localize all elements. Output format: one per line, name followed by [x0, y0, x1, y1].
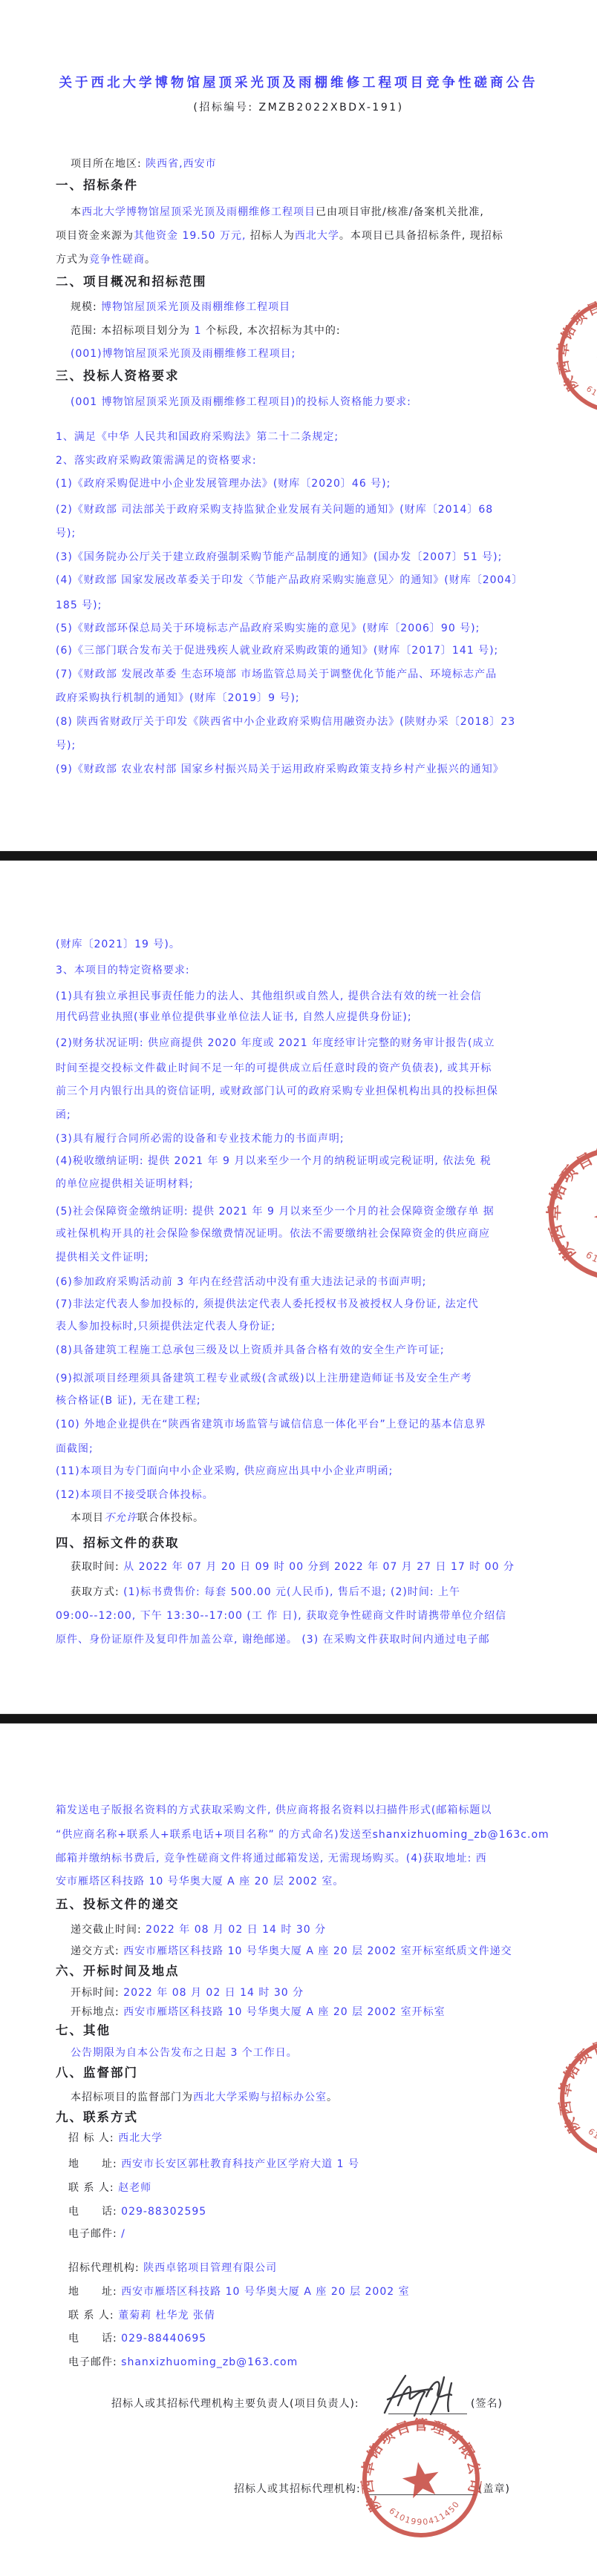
doc-line: 185 号); [56, 599, 102, 612]
text-segment: 西北大学博物馆屋顶采光顶及雨棚维修工程项目 [82, 206, 316, 218]
doc-line: (4)税收缴纳证明: 提供 2021 年 9 月以来至少一个月的纳税证明或完税证… [56, 1154, 492, 1168]
text-segment: 2、落实政府采购政策需满足的资格要求: [56, 455, 257, 467]
svg-text:陕西卓铭项目管理有限公司: 陕西卓铭项目管理有限公司 [358, 2416, 484, 2517]
text-segment: 规模: [71, 301, 101, 313]
doc-line: 或社保机构开具的社会保险参保缴费情况证明。依法不需要缴纳社会保障资金的供应商应 [56, 1227, 490, 1241]
text-segment: / [121, 2228, 125, 2240]
text-segment: (3)具有履行合同所必需的设备和专业技术能力的书面声明; [56, 1133, 345, 1145]
doc-line: (6)《三部门联合发布关于促进残疾人就业政府采购政策的通知》(财库〔2017〕1… [56, 644, 498, 657]
doc-line: 范围: 本招标项目划分为 1 个标段, 本次招标为其中的: [71, 324, 341, 338]
text-segment: 安市雁塔区科技路 10 号华奥大厦 A 座 20 层 2002 室。 [56, 1876, 344, 1887]
text-segment: (1)具有独立承担民事责任能力的法人、其他组织或自然人, 提供合法有效的统一社会… [56, 990, 482, 1002]
text-segment: 西北大学 [295, 230, 339, 242]
text-segment: (4)税收缴纳证明: 提供 2021 年 9 月以来至少一个月的纳税证明或完税证… [56, 1155, 492, 1167]
doc-line: 表人参加投标时,只须提供法定代表人身份证; [56, 1320, 275, 1333]
doc-line: (5)社会保障资金缴纳证明: 提供 2021 年 9 月以来至少一个月的社会保障… [56, 1205, 495, 1218]
text-segment: 西北大学 [118, 2132, 163, 2144]
text-segment: 西安市雁塔区科技路 10 号华奥大厦 A 座 20 层 2002 室 [121, 2286, 409, 2298]
text-segment: 箱发送电子版报名资料的方式获取采购文件, 供应商将报名资料以扫描件形式(邮箱标题… [56, 1804, 492, 1816]
text-segment: (9)拟派项目经理须具备建筑工程专业贰级(含贰级)以上注册建造师证书及安全生产考 [56, 1373, 472, 1384]
doc-line: (8)具备建筑工程施工总承包三级及以上资质并具备合格有效的安全生产许可证; [56, 1344, 445, 1357]
company-seal: 陕西卓铭项目管理有限公司6101990411450 [555, 2034, 597, 2165]
doc-line: “供应商名称+联系人+联系电话+项目名称” 的方式命名)发送至shanxizhu… [56, 1828, 549, 1841]
text-segment: 联 系 人: [68, 2310, 118, 2322]
text-segment: (12)本项目不接受联合体投标。 [56, 1489, 214, 1501]
text-segment: 。 [145, 254, 156, 266]
text-segment: 九、联系方式 [56, 2110, 138, 2124]
doc-line: 七、其他 [56, 2024, 111, 2037]
text-segment: 联 系 人: [68, 2182, 118, 2194]
text-segment: 185 号); [56, 599, 102, 611]
doc-line: 号); [56, 527, 76, 540]
text-segment: 09:00--12:00, 下午 13:30--17:00 (工 作 日), 获… [56, 1610, 506, 1622]
text-segment: 招 标 人: [68, 2132, 118, 2144]
doc-line: 递交截止时间: 2022 年 08 月 02 日 14 时 30 分 [71, 1923, 326, 1936]
doc-line: 地 址: 西安市雁塔区科技路 10 号华奥大厦 A 座 20 层 2002 室 [68, 2285, 410, 2299]
text-segment: 核合格证(B 证), 无在建工程; [56, 1395, 201, 1407]
text-segment: 不允许 [104, 1512, 137, 1524]
text-segment: 方式为 [56, 254, 89, 266]
text-segment: (10) 外地企业提供在“陕西省建筑市场监管与诚信信息一体化平台”上登记的基本信… [56, 1419, 486, 1430]
text-segment: 1 [195, 325, 202, 337]
doc-line: 项目所在地区: 陕西省,西安市 [71, 157, 217, 171]
text-segment: 其他资金 19.50 万元, [134, 230, 246, 242]
doc-line: 箱发送电子版报名资料的方式获取采购文件, 供应商将报名资料以扫描件形式(邮箱标题… [56, 1804, 492, 1817]
text-segment: 。 [327, 2092, 338, 2103]
doc-line: 获取方式: (1)标书费售价: 每套 500.00 元(人民币), 售后不退; … [71, 1586, 460, 1599]
text-segment: 1、满足《中华 人民共和国政府采购法》第二十二条规定; [56, 431, 339, 443]
text-segment: 029-88440695 [121, 2333, 206, 2345]
text-segment: 获取时间: [71, 1561, 123, 1573]
doc-line: 招 标 人: 西北大学 [68, 2132, 163, 2145]
doc-line: 提供相关文件证明; [56, 1251, 149, 1264]
text-segment: (1)《政府采购促进中小企业发展管理办法》(财库〔2020〕46 号); [56, 478, 391, 490]
doc-line: (001 博物馆屋顶采光顶及雨棚维修工程项目)的投标人资格能力要求: [71, 395, 411, 409]
text-segment: 地 址: [68, 2286, 121, 2298]
doc-line: 时间至提交投标文件截止时间不足一年的可提供成立后任意时段的资产负债表), 或其开… [56, 1062, 492, 1075]
text-segment: (7)非法定代表人参加投标的, 须提供法定代表人委托授权书及被授权人身份证, 法… [56, 1298, 479, 1310]
text-segment: (6)参加政府采购活动前 3 年内在经营活动中没有重大违法记录的书面声明; [56, 1276, 426, 1288]
text-segment: (8) 陕西省财政厅关于印发《陕西省中小企业政府采购信用融资办法》(陕财办采〔2… [56, 716, 515, 728]
text-segment: (签名) [471, 2398, 503, 2410]
doc-line: 核合格证(B 证), 无在建工程; [56, 1394, 201, 1407]
doc-line: (1)《政府采购促进中小企业发展管理办法》(财库〔2020〕46 号); [56, 477, 391, 490]
text-segment: 陕西省,西安市 [146, 158, 216, 170]
doc-line: 电 话: 029-88440695 [68, 2332, 206, 2345]
text-segment: 本招标项目的监督部门为 [71, 2092, 193, 2103]
text-segment: 项目资金来源为 [56, 230, 134, 242]
doc-line: (1)具有独立承担民事责任能力的法人、其他组织或自然人, 提供合法有效的统一社会… [56, 990, 482, 1003]
text-segment: 。本项目已具备招标条件, 现招标 [339, 230, 503, 242]
principal-signature-line: 招标人或其招标代理机构主要负责人(项目负责人): [111, 2397, 359, 2411]
doc-line: 3、本项目的特定资格要求: [56, 964, 190, 977]
text-segment: 招标代理机构: [68, 2262, 143, 2274]
doc-line: (7)非法定代表人参加投标的, 须提供法定代表人委托授权书及被授权人身份证, 法… [56, 1298, 479, 1311]
doc-line: 电子邮件: / [68, 2227, 125, 2241]
text-segment: 七、其他 [56, 2023, 111, 2037]
doc-line: 九、联系方式 [56, 2111, 138, 2124]
text-segment: 陕西卓铭项目管理有限公司 [143, 2262, 277, 2274]
doc-line: 联 系 人: 董菊莉 杜华龙 张倩 [68, 2309, 215, 2322]
text-segment: 公告期限为自本公告发布之日起 3 个工作日。 [71, 2047, 298, 2059]
text-segment: 招标人或其招标代理机构主要负责人(项目负责人): [111, 2398, 359, 2410]
text-segment: 西安市长安区郭杜教育科技产业区学府大道 1 号 [121, 2158, 359, 2170]
agency-seal-line: 招标人或其招标代理机构: [234, 2483, 361, 2496]
text-segment: (001 博物馆屋顶采光顶及雨棚维修工程项目)的投标人资格能力要求: [71, 396, 411, 408]
text-segment: 本项目 [71, 1512, 104, 1524]
text-segment: (1)标书费售价: 每套 500.00 元(人民币), 售后不退; (2)时间:… [123, 1586, 460, 1598]
text-segment: 时间至提交投标文件截止时间不足一年的可提供成立后任意时段的资产负债表), 或其开… [56, 1062, 492, 1074]
text-segment: (招标编号: ZMZB2022XBDX-191) [193, 102, 403, 114]
text-segment: 原件、身份证原件及复印件加盖公章, 谢绝邮递。 (3) 在采购文件获取时间内通过… [56, 1634, 490, 1646]
doc-line: (10) 外地企业提供在“陕西省建筑市场监管与诚信信息一体化平台”上登记的基本信… [56, 1418, 486, 1431]
text-segment: 的单位应提供相关证明材料; [56, 1178, 194, 1190]
doc-line: (9)《财政部 农业农村部 国家乡村振兴局关于运用政府采购政策支持乡村产业振兴的… [56, 763, 504, 776]
text-segment: 本 [71, 206, 82, 218]
text-segment: 关于西北大学博物馆屋顶采光顶及雨棚维修工程项目竞争性磋商公告 [59, 76, 538, 91]
text-segment: 获取方式: [71, 1586, 123, 1598]
text-segment: 招标人为 [246, 230, 294, 242]
text-segment: (11)本项目为专门面向中小企业采购, 供应商应出具中小企业声明函; [56, 1465, 393, 1477]
text-segment: 六、开标时间及地点 [56, 1964, 180, 1978]
text-segment: 五、投标文件的递交 [56, 1897, 180, 1911]
text-segment: (5)社会保障资金缴纳证明: 提供 2021 年 9 月以来至少一个月的社会保障… [56, 1206, 495, 1218]
doc-line: 二、项目概况和招标范围 [56, 275, 207, 289]
doc-line: 1、满足《中华 人民共和国政府采购法》第二十二条规定; [56, 430, 339, 444]
text-segment: 西安市雁塔区科技路 10 号华奥大厦 A 座 20 层 2002 室开标室 [123, 2006, 445, 2018]
doc-line: 2、落实政府采购政策需满足的资格要求: [56, 454, 257, 467]
doc-line: 方式为竞争性磋商。 [56, 253, 156, 266]
company-seal: 陕西卓铭项目管理有限公司6101990411450 [544, 1143, 597, 1288]
doc-line: 开标地点: 西安市雁塔区科技路 10 号华奥大厦 A 座 20 层 2002 室… [71, 2005, 446, 2019]
text-segment: (001)博物馆屋顶采光顶及雨棚维修工程项目; [71, 348, 296, 360]
text-segment: 个标段, 本次招标为其中的: [202, 325, 341, 337]
text-segment: 竞争性磋商 [89, 254, 145, 266]
text-segment: 电 话: [68, 2333, 121, 2345]
text-segment: “供应商名称+联系人+联系电话+项目名称” 的方式命名)发送至shanxizhu… [56, 1829, 549, 1841]
signature-handwriting [380, 2370, 477, 2419]
text-segment: (3)《国务院办公厅关于建立政府强制采购节能产品制度的通知》(国办发〔2007〕… [56, 551, 502, 563]
doc-line: 号); [56, 739, 76, 752]
text-segment: (2)《财政部 司法部关于政府采购支持监狱企业发展有关问题的通知》(财库〔201… [56, 504, 493, 516]
text-segment: 表人参加投标时,只须提供法定代表人身份证; [56, 1321, 275, 1333]
text-segment: (8)具备建筑工程施工总承包三级及以上资质并具备合格有效的安全生产许可证; [56, 1344, 445, 1356]
doc-line: 本招标项目的监督部门为西北大学采购与招标办公室。 [71, 2091, 338, 2104]
text-segment: 前三个月内银行出具的资信证明, 或财政部门认可的政府采购专业担保机构出具的投标担… [56, 1085, 498, 1097]
text-segment: 招标人或其招标代理机构: [234, 2483, 361, 2495]
text-segment: (5)《财政部环保总局关于环境标志产品政府采购实施的意见》(财库〔2006〕90… [56, 622, 480, 634]
text-segment: 开标时间: [71, 1987, 123, 1999]
text-segment: 函; [56, 1109, 71, 1121]
text-segment: 西安市雁塔区科技路 10 号华奥大厦 A 座 20 层 2002 室开标室纸质文… [123, 1945, 512, 1957]
page-title: 关于西北大学博物馆屋顶采光顶及雨棚维修工程项目竞争性磋商公告 [0, 76, 597, 90]
text-segment: 电子邮件: [68, 2228, 121, 2240]
text-segment: 用代码营业执照(事业单位提供事业单位法人证书, 自然人应提供身份证); [56, 1011, 412, 1023]
text-segment: 从 2022 年 07 月 20 日 09 时 00 分到 2022 年 07 … [123, 1561, 515, 1573]
doc-line: (2)财务状况证明: 供应商提供 2020 年度或 2021 年度经审计完整的财… [56, 1036, 495, 1050]
text-segment: 西北大学采购与招标办公室 [193, 2092, 327, 2103]
text-segment: 递交截止时间: [71, 1924, 146, 1936]
doc-line: (4)《财政部 国家发展改革委关于印发〈节能产品政府采购实施意见〉的通知》(财库… [56, 574, 523, 587]
doc-line: 09:00--12:00, 下午 13:30--17:00 (工 作 日), 获… [56, 1609, 506, 1623]
text-segment: (6)《三部门联合发布关于促进残疾人就业政府采购政策的通知》(财库〔2017〕1… [56, 645, 498, 657]
text-segment: 面截图; [56, 1443, 94, 1455]
doc-line: (7)《财政部 发展改革委 生态环境部 市场监管总局关于调整优化节能产品、环境标… [56, 668, 497, 681]
text-segment: 赵老师 [118, 2182, 151, 2194]
text-segment: 邮箱并缴纳标书费后, 竞争性磋商文件将通过邮箱发送, 无需现场购买。(4)获取地… [56, 1853, 487, 1864]
text-segment: (7)《财政部 发展改革委 生态环境部 市场监管总局关于调整优化节能产品、环境标… [56, 668, 497, 680]
doc-line: 公告期限为自本公告发布之日起 3 个工作日。 [71, 2046, 298, 2060]
doc-line: 开标时间: 2022 年 08 月 02 日 14 时 30 分 [71, 1986, 304, 2000]
doc-line: 联 系 人: 赵老师 [68, 2181, 151, 2195]
doc-line: 本项目不允许联合体投标。 [71, 1511, 204, 1525]
text-segment: 范围: 本招标项目划分为 [71, 325, 195, 337]
doc-line: (2)《财政部 司法部关于政府采购支持监狱企业发展有关问题的通知》(财库〔201… [56, 503, 493, 516]
signature-suffix: (签名) [471, 2397, 503, 2411]
text-segment: 项目所在地区: [71, 158, 146, 170]
doc-line: 用代码营业执照(事业单位提供事业单位法人证书, 自然人应提供身份证); [56, 1011, 412, 1024]
text-segment: 董菊莉 杜华龙 张倩 [118, 2310, 215, 2322]
text-segment: 2022 年 08 月 02 日 14 时 30 分 [146, 1924, 326, 1936]
doc-line: 邮箱并缴纳标书费后, 竞争性磋商文件将通过邮箱发送, 无需现场购买。(4)获取地… [56, 1852, 487, 1865]
text-segment: (财库〔2021〕19 号)。 [56, 939, 180, 950]
text-segment: 或社保机构开具的社会保险参保缴费情况证明。依法不需要缴纳社会保障资金的供应商应 [56, 1228, 490, 1240]
text-segment: 提供相关文件证明; [56, 1252, 149, 1264]
doc-line: 三、投标人资格要求 [56, 369, 180, 383]
doc-line: 政府采购执行机制的通知》(财库〔2019〕9 号); [56, 691, 300, 705]
doc-line: 的单位应提供相关证明材料; [56, 1177, 194, 1191]
doc-line: 电子邮件: shanxizhuoming_zb@163.com [68, 2356, 298, 2369]
svg-text:陕西卓铭项目管理有限公司: 陕西卓铭项目管理有限公司 [544, 1143, 597, 1267]
text-segment: (2)财务状况证明: 供应商提供 2020 年度或 2021 年度经审计完整的财… [56, 1037, 495, 1049]
text-segment: 联合体投标。 [137, 1512, 204, 1524]
text-segment: 地 址: [68, 2158, 121, 2170]
doc-line: 电 话: 029-88302595 [68, 2205, 206, 2218]
signature-underline [388, 2414, 467, 2414]
doc-line: 六、开标时间及地点 [56, 1965, 180, 1978]
doc-line: (财库〔2021〕19 号)。 [56, 938, 180, 951]
text-segment: 政府采购执行机制的通知》(财库〔2019〕9 号); [56, 692, 300, 704]
doc-line: 本西北大学博物馆屋顶采光顶及雨棚维修工程项目已由项目审批/核准/备案机关批准, [71, 206, 484, 219]
text-segment: (4)《财政部 国家发展改革委关于印发〈节能产品政府采购实施意见〉的通知》(财库… [56, 574, 523, 586]
svg-text:陕西卓铭项目管理有限公司: 陕西卓铭项目管理有限公司 [554, 295, 597, 397]
text-segment: shanxizhuoming_zb@163.com [121, 2356, 298, 2368]
doc-line: 获取时间: 从 2022 年 07 月 20 日 09 时 00 分到 2022… [71, 1560, 515, 1574]
doc-line: (12)本项目不接受联合体投标。 [56, 1488, 214, 1502]
tender-announcement-document: 关于西北大学博物馆屋顶采光顶及雨棚维修工程项目竞争性磋商公告(招标编号: ZMZ… [0, 0, 597, 2576]
text-segment: 2022 年 08 月 02 日 14 时 30 分 [123, 1987, 304, 1999]
doc-line: (9)拟派项目经理须具备建筑工程专业贰级(含贰级)以上注册建造师证书及安全生产考 [56, 1372, 472, 1385]
doc-line: (11)本项目为专门面向中小企业采购, 供应商应出具中小企业声明函; [56, 1465, 393, 1478]
doc-line: (6)参加政府采购活动前 3 年内在经营活动中没有重大违法记录的书面声明; [56, 1275, 426, 1289]
text-segment: 已由项目审批/核准/备案机关批准, [316, 206, 484, 218]
text-segment: 一、招标条件 [56, 178, 138, 192]
text-segment: 递交方式: [71, 1945, 123, 1957]
doc-line: 五、投标文件的递交 [56, 1898, 180, 1911]
doc-line: 递交方式: 西安市雁塔区科技路 10 号华奥大厦 A 座 20 层 2002 室… [71, 1945, 512, 1958]
text-segment: 电 话: [68, 2206, 121, 2218]
doc-line: 地 址: 西安市长安区郭杜教育科技产业区学府大道 1 号 [68, 2158, 359, 2171]
doc-line: (8) 陕西省财政厅关于印发《陕西省中小企业政府采购信用融资办法》(陕财办采〔2… [56, 715, 515, 729]
doc-line: (3)《国务院办公厅关于建立政府强制采购节能产品制度的通知》(国办发〔2007〕… [56, 551, 502, 564]
text-segment: 029-88302595 [121, 2206, 206, 2218]
doc-line: (3)具有履行合同所必需的设备和专业技术能力的书面声明; [56, 1132, 345, 1146]
text-segment: 四、招标文件的获取 [56, 1536, 180, 1550]
doc-line: 规模: 博物馆屋顶采光顶及雨棚维修工程项目 [71, 300, 290, 314]
company-seal: 陕西卓铭项目管理有限公司6101990411450 [554, 295, 597, 420]
doc-line: 一、招标条件 [56, 179, 138, 192]
doc-line: 四、招标文件的获取 [56, 1537, 180, 1550]
company-seal: 陕西卓铭项目管理有限公司6101990411450 [358, 2416, 484, 2545]
doc-line: 原件、身份证原件及复印件加盖公章, 谢绝邮递。 (3) 在采购文件获取时间内通过… [56, 1633, 490, 1646]
doc-line: 招标代理机构: 陕西卓铭项目管理有限公司 [68, 2261, 277, 2275]
doc-line: 前三个月内银行出具的资信证明, 或财政部门认可的政府采购专业担保机构出具的投标担… [56, 1085, 498, 1098]
bid-number-line: (招标编号: ZMZB2022XBDX-191) [0, 101, 597, 114]
text-segment: 开标地点: [71, 2006, 123, 2018]
text-segment: 电子邮件: [68, 2356, 121, 2368]
doc-line: (5)《财政部环保总局关于环境标志产品政府采购实施的意见》(财库〔2006〕90… [56, 622, 480, 635]
doc-line: 函; [56, 1108, 71, 1122]
text-segment: 三、投标人资格要求 [56, 369, 180, 383]
text-segment: 博物馆屋顶采光顶及雨棚维修工程项目 [101, 301, 290, 313]
text-segment: 号); [56, 528, 76, 539]
doc-line: 安市雁塔区科技路 10 号华奥大厦 A 座 20 层 2002 室。 [56, 1875, 344, 1888]
text-segment: 3、本项目的特定资格要求: [56, 965, 190, 976]
text-segment: 八、监督部门 [56, 2066, 138, 2080]
doc-line: 八、监督部门 [56, 2066, 138, 2080]
doc-line: (001)博物馆屋顶采光顶及雨棚维修工程项目; [71, 347, 296, 361]
page-separator [0, 851, 597, 861]
text-segment: 号); [56, 740, 76, 752]
text-segment: 二、项目概况和招标范围 [56, 275, 207, 289]
doc-line: 项目资金来源为其他资金 19.50 万元, 招标人为西北大学。本项目已具备招标条… [56, 229, 503, 243]
page-separator [0, 1714, 597, 1724]
doc-line: 面截图; [56, 1442, 94, 1456]
text-segment: (9)《财政部 农业农村部 国家乡村振兴局关于运用政府采购政策支持乡村产业振兴的… [56, 763, 504, 775]
